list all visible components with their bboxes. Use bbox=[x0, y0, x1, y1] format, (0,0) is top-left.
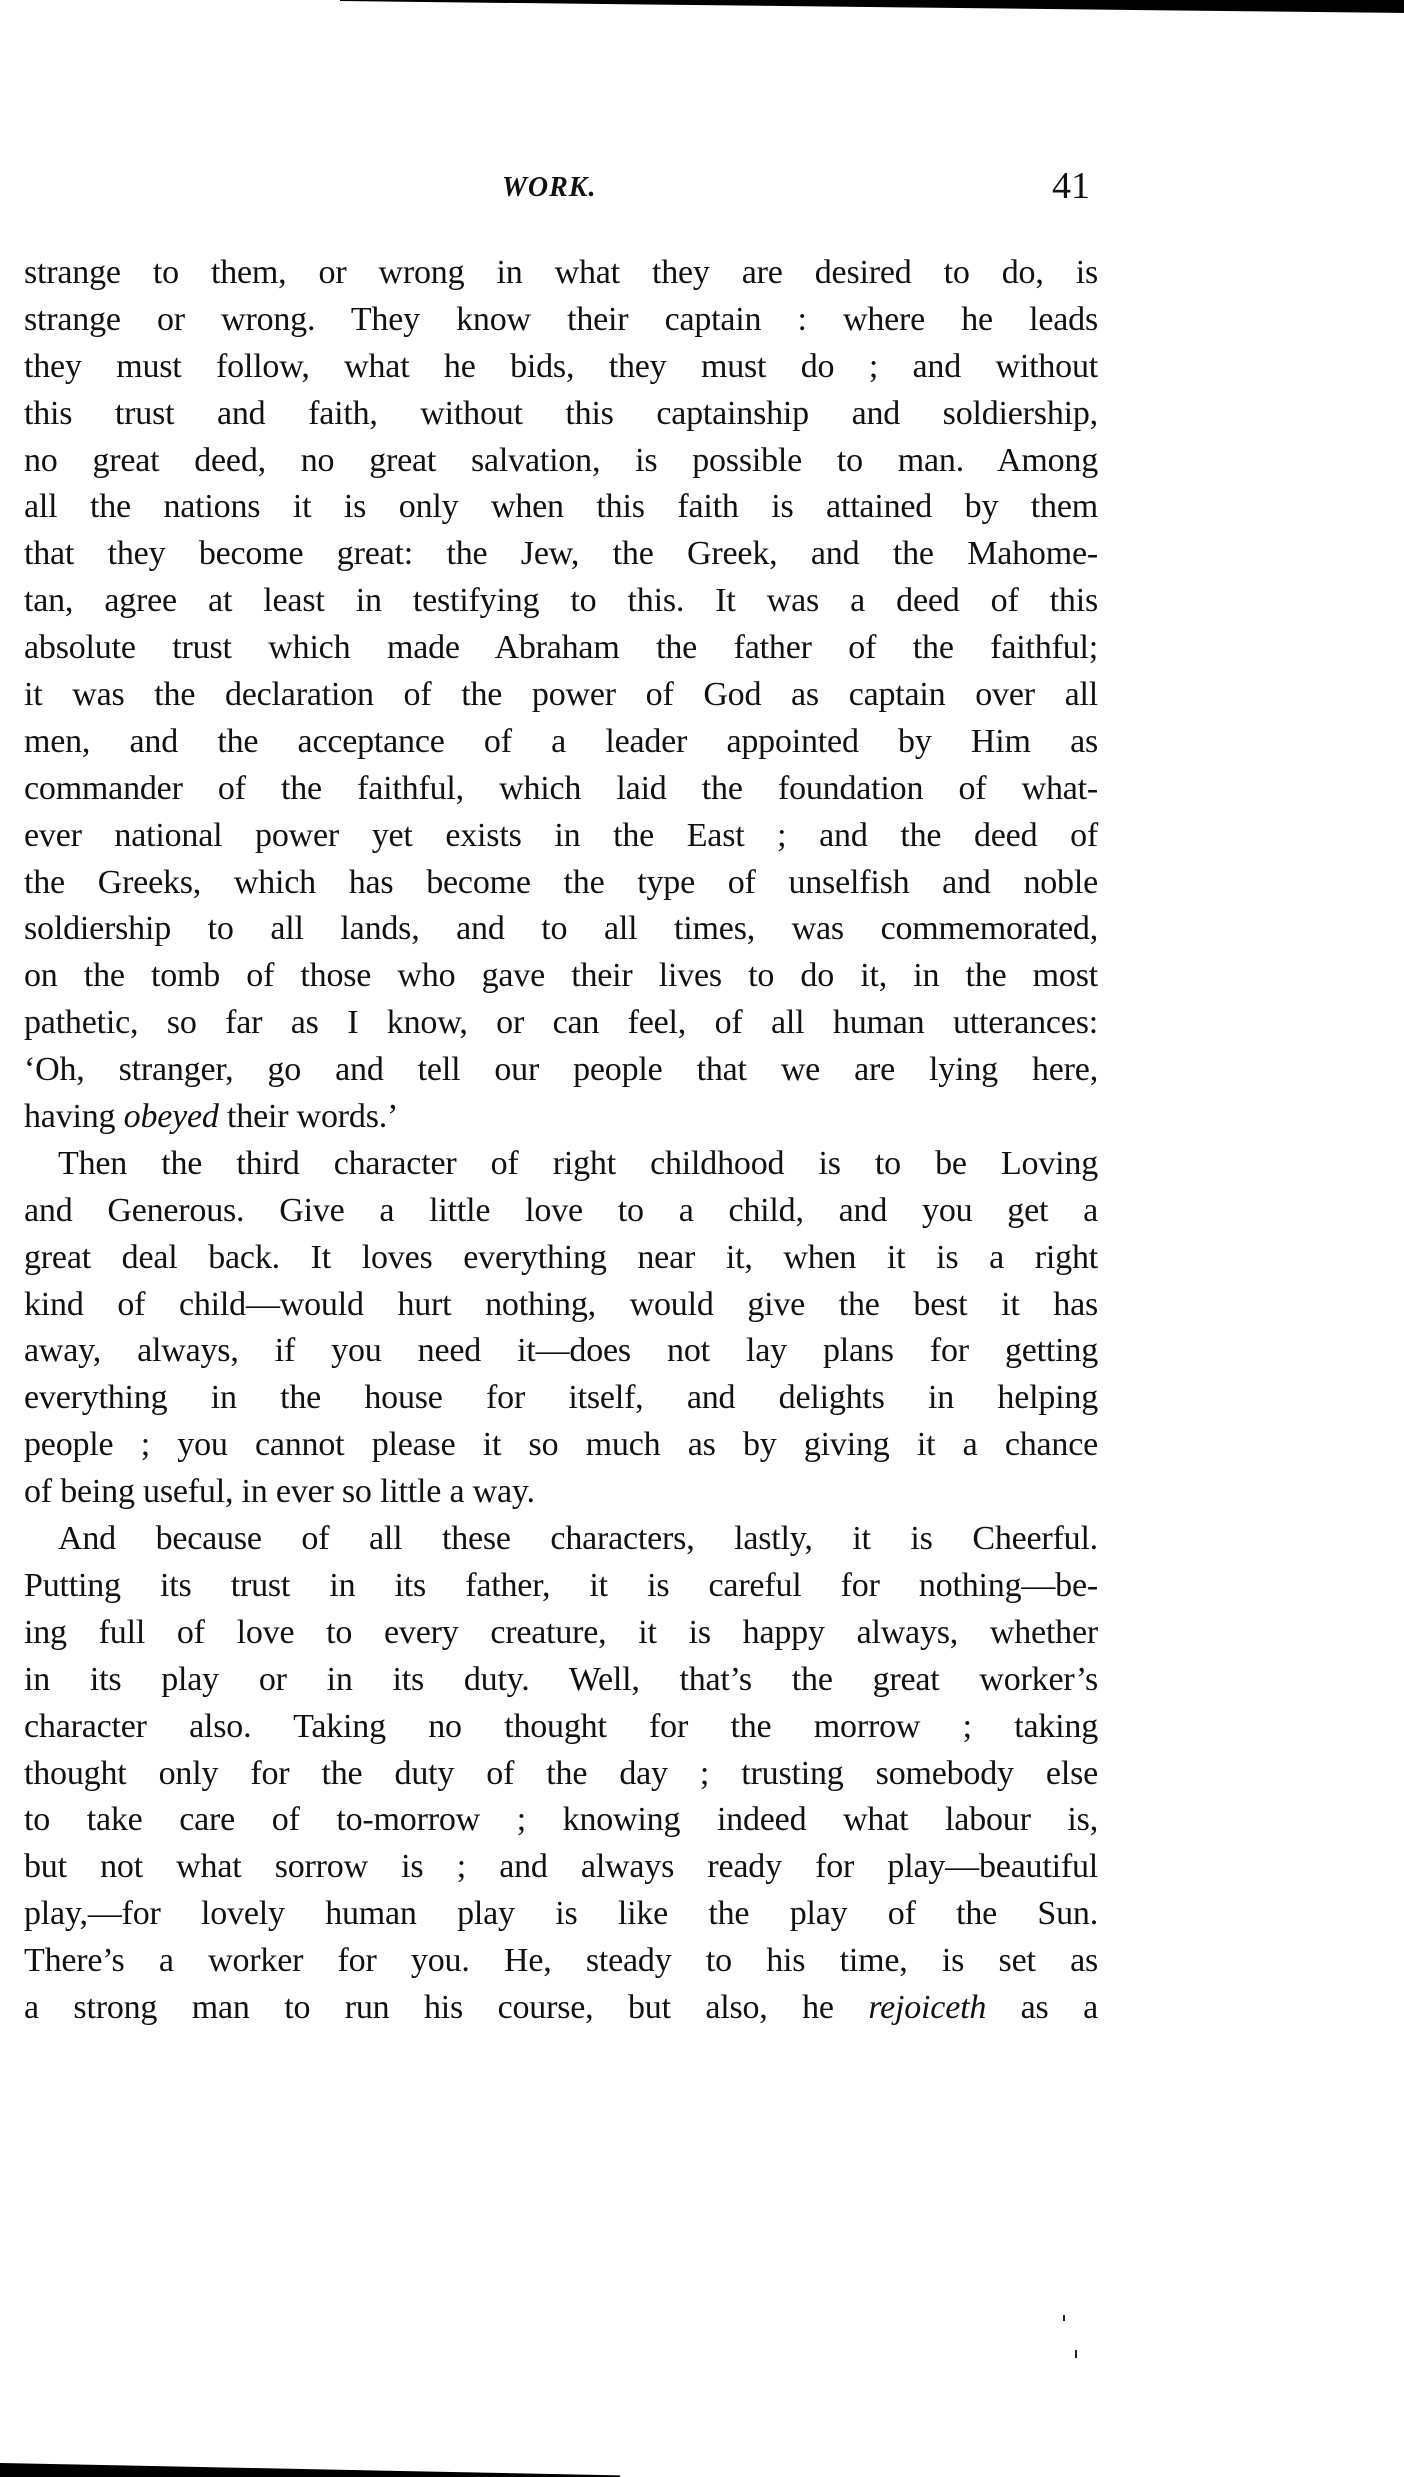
text-line: play,—for lovely human play is like the … bbox=[24, 1891, 1098, 1938]
text-line: ‘Oh, stranger, go and tell our people th… bbox=[24, 1047, 1098, 1094]
text-line: away, always, if you need it—does not la… bbox=[24, 1328, 1098, 1375]
text-line: a strong man to run his course, but also… bbox=[24, 1985, 1098, 2032]
text-line: and Generous. Give a little love to a ch… bbox=[24, 1188, 1098, 1235]
text-line: absolute trust which made Abraham the fa… bbox=[24, 625, 1098, 672]
text-segment: having bbox=[24, 1098, 124, 1135]
text-line: strange or wrong. They know their captai… bbox=[24, 297, 1098, 344]
text-line: all the nations it is only when this fai… bbox=[24, 484, 1098, 531]
text-line: in its play or in its duty. Well, that’s… bbox=[24, 1657, 1098, 1704]
text-line: great deal back. It loves everything nea… bbox=[24, 1235, 1098, 1282]
text-line: men, and the acceptance of a leader appo… bbox=[24, 719, 1098, 766]
text-line: everything in the house for itself, and … bbox=[24, 1375, 1098, 1422]
text-line: of being useful, in ever so little a way… bbox=[24, 1469, 1098, 1516]
italic-emphasis: rejoiceth bbox=[868, 1989, 986, 2026]
scan-speck bbox=[1075, 2350, 1077, 2358]
running-head: WORK. 41 bbox=[0, 170, 1404, 210]
text-line: pathetic, so far as I know, or can feel,… bbox=[24, 1000, 1098, 1047]
text-line: having obeyed their words.’ bbox=[24, 1094, 1098, 1141]
page-number: 41 bbox=[1052, 164, 1090, 208]
text-segment: a strong man to run his course, but also… bbox=[24, 1989, 868, 2026]
italic-emphasis: obeyed bbox=[124, 1098, 219, 1135]
text-line: soldiership to all lands, and to all tim… bbox=[24, 906, 1098, 953]
scan-speck bbox=[1063, 2315, 1065, 2321]
text-line: tan, agree at least in testifying to thi… bbox=[24, 578, 1098, 625]
text-line: to take care of to-morrow ; knowing inde… bbox=[24, 1797, 1098, 1844]
body-text: strange to them, or wrong in what they a… bbox=[24, 250, 1098, 2032]
text-line: And because of all these characters, las… bbox=[24, 1516, 1098, 1563]
text-line: commander of the faithful, which laid th… bbox=[24, 766, 1098, 813]
scan-bottom-edge-shadow bbox=[0, 2463, 620, 2477]
text-line: ing full of love to every creature, it i… bbox=[24, 1610, 1098, 1657]
text-line: Putting its trust in its father, it is c… bbox=[24, 1563, 1098, 1610]
text-line: it was the declaration of the power of G… bbox=[24, 672, 1098, 719]
text-line: this trust and faith, without this capta… bbox=[24, 391, 1098, 438]
scan-top-edge-shadow bbox=[340, 0, 1404, 13]
text-line: that they become great: the Jew, the Gre… bbox=[24, 531, 1098, 578]
text-line: ever national power yet exists in the Ea… bbox=[24, 813, 1098, 860]
text-line: on the tomb of those who gave their live… bbox=[24, 953, 1098, 1000]
text-line: people ; you cannot please it so much as… bbox=[24, 1422, 1098, 1469]
text-line: character also. Taking no thought for th… bbox=[24, 1704, 1098, 1751]
text-line: Then the third character of right childh… bbox=[24, 1141, 1098, 1188]
text-line: the Greeks, which has become the type of… bbox=[24, 860, 1098, 907]
text-line: thought only for the duty of the day ; t… bbox=[24, 1751, 1098, 1798]
text-line: no great deed, no great salvation, is po… bbox=[24, 438, 1098, 485]
text-line: but not what sorrow is ; and always read… bbox=[24, 1844, 1098, 1891]
text-line: strange to them, or wrong in what they a… bbox=[24, 250, 1098, 297]
text-line: kind of child—would hurt nothing, would … bbox=[24, 1282, 1098, 1329]
text-segment: as a bbox=[986, 1989, 1098, 2026]
text-line: they must follow, what he bids, they mus… bbox=[24, 344, 1098, 391]
text-line: There’s a worker for you. He, steady to … bbox=[24, 1938, 1098, 1985]
text-segment: their words.’ bbox=[219, 1098, 398, 1135]
running-title: WORK. bbox=[502, 172, 596, 204]
